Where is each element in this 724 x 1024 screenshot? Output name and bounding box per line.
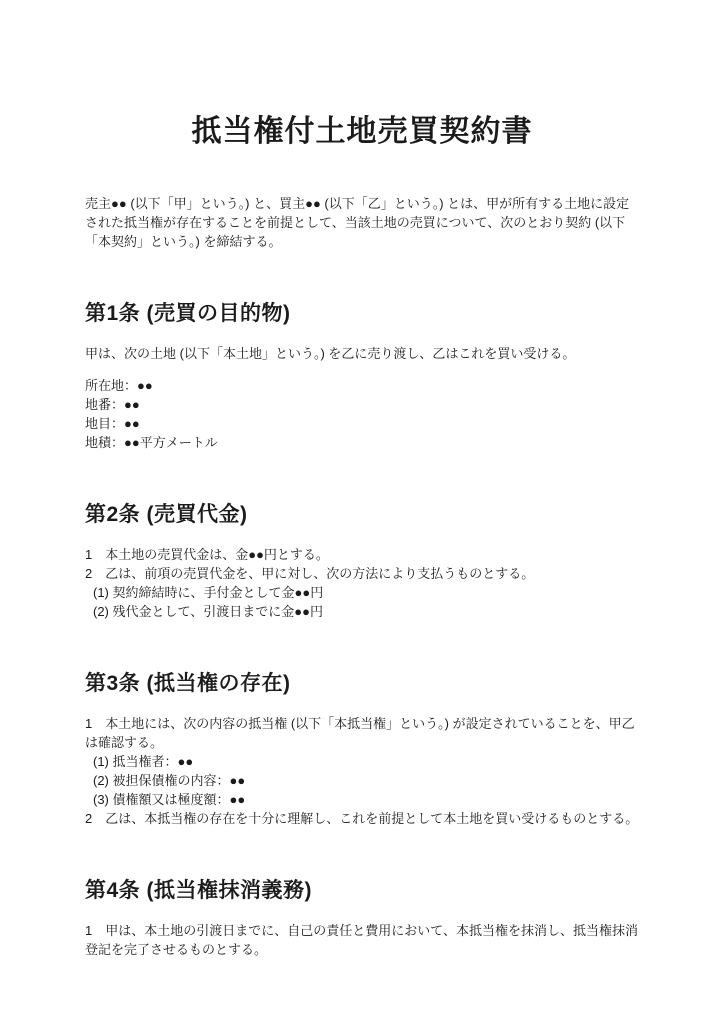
- clause-line: (2) 被担保債権の内容：●●: [85, 771, 639, 790]
- section-block: 1 本土地の売買代金は、金●●円とする。2 乙は、前項の売買代金を、甲に対し、次…: [85, 545, 639, 621]
- clause-line: 2 乙は、本抵当権の存在を十分に理解し、これを前提として本土地を買い受けるものと…: [85, 809, 639, 828]
- clause-line: 1 本土地の売買代金は、金●●円とする。: [85, 545, 639, 564]
- section-heading: 第3条 (抵当権の存在): [85, 669, 639, 699]
- clause-line: 地番：●●: [85, 395, 639, 414]
- clause-line: 地積：●●平方メートル: [85, 433, 639, 452]
- section-block: 1 本土地には、次の内容の抵当権 (以下「本抵当権」という。) が設定されている…: [85, 714, 639, 828]
- preamble-paragraph: 売主●● (以下「甲」という。) と、買主●● (以下「乙」という。) とは、甲…: [85, 194, 639, 251]
- clause-line: (3) 債権額又は極度額：●●: [85, 790, 639, 809]
- section-heading: 第2条 (売買代金): [85, 500, 639, 530]
- contract-sections: 第1条 (売買の目的物)甲は、次の土地 (以下「本土地」という。) を乙に売り渡…: [85, 299, 639, 959]
- contract-section: 第3条 (抵当権の存在)1 本土地には、次の内容の抵当権 (以下「本抵当権」とい…: [85, 669, 639, 828]
- clause-line: 地目：●●: [85, 414, 639, 433]
- section-heading: 第1条 (売買の目的物): [85, 299, 639, 329]
- clause-line: 1 本土地には、次の内容の抵当権 (以下「本抵当権」という。) が設定されている…: [85, 714, 639, 752]
- clause-line: 1 甲は、本土地の引渡日までに、自己の責任と費用において、本抵当権を抹消し、抵当…: [85, 921, 639, 959]
- section-block: 所在地：●●地番：●●地目：●●地積：●●平方メートル: [85, 376, 639, 452]
- section-block: 甲は、次の土地 (以下「本土地」という。) を乙に売り渡し、乙はこれを買い受ける…: [85, 344, 639, 363]
- clause-line: (1) 契約締結時に、手付金として金●●円: [85, 583, 639, 602]
- section-heading: 第4条 (抵当権抹消義務): [85, 876, 639, 906]
- clause-line: (1) 抵当権者：●●: [85, 752, 639, 771]
- clause-line: 所在地：●●: [85, 376, 639, 395]
- contract-section: 第4条 (抵当権抹消義務)1 甲は、本土地の引渡日までに、自己の責任と費用におい…: [85, 876, 639, 959]
- contract-section: 第1条 (売買の目的物)甲は、次の土地 (以下「本土地」という。) を乙に売り渡…: [85, 299, 639, 452]
- section-block: 1 甲は、本土地の引渡日までに、自己の責任と費用において、本抵当権を抹消し、抵当…: [85, 921, 639, 959]
- clause-line: (2) 残代金として、引渡日までに金●●円: [85, 602, 639, 621]
- contract-section: 第2条 (売買代金)1 本土地の売買代金は、金●●円とする。2 乙は、前項の売買…: [85, 500, 639, 621]
- contract-document-page: 抵当権付土地売買契約書 売主●● (以下「甲」という。) と、買主●● (以下「…: [0, 0, 724, 1024]
- clause-line: 甲は、次の土地 (以下「本土地」という。) を乙に売り渡し、乙はこれを買い受ける…: [85, 344, 639, 363]
- clause-line: 2 乙は、前項の売買代金を、甲に対し、次の方法により支払うものとする。: [85, 564, 639, 583]
- document-title: 抵当権付土地売買契約書: [85, 112, 639, 152]
